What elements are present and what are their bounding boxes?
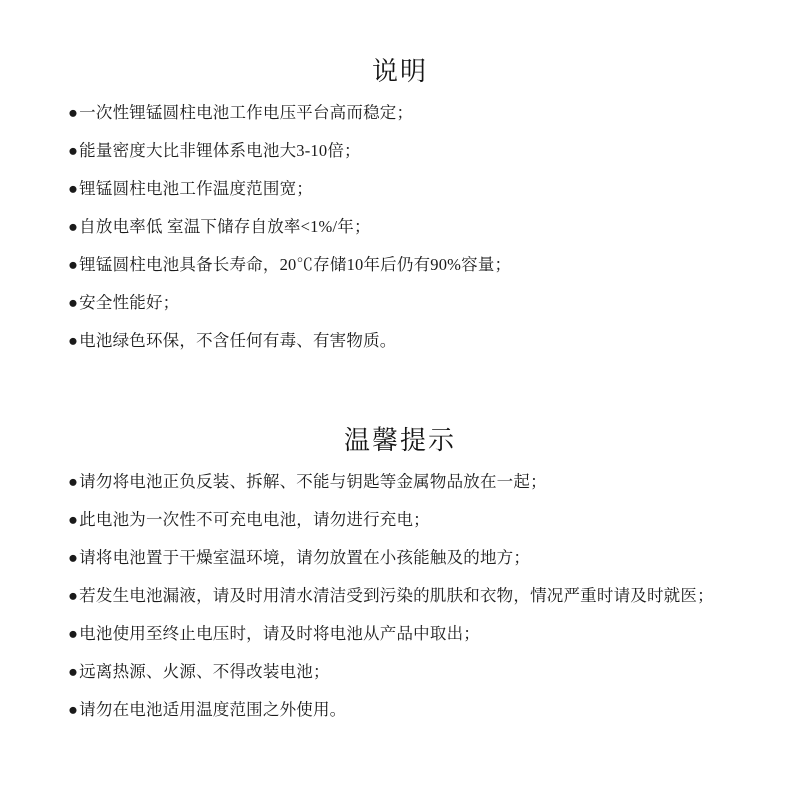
list-item-text: 一次性锂锰圆柱电池工作电压平台高而稳定； [79, 103, 413, 122]
list-item: ●此电池为一次性不可充电电池，请勿进行充电； [68, 501, 780, 539]
section-tips: 温馨提示 ●请勿将电池正负反装、拆解、不能与钥匙等金属物品放在一起； ●此电池为… [0, 426, 800, 729]
list-item-text: 电池使用至终止电压时，请及时将电池从产品中取出； [79, 624, 480, 643]
bullet-icon: ● [68, 501, 78, 539]
bullet-icon: ● [68, 463, 78, 501]
bullet-icon: ● [68, 208, 78, 246]
list-item-text: 锂锰圆柱电池具备长寿命，20℃存储10年后仍有90%容量； [79, 255, 511, 274]
bullet-icon: ● [68, 170, 78, 208]
bullet-icon: ● [68, 615, 78, 653]
bullet-icon: ● [68, 132, 78, 170]
list-item-text: 请勿将电池正负反装、拆解、不能与钥匙等金属物品放在一起； [79, 472, 547, 491]
list-item: ●自放电率低 室温下储存自放率<1%/年； [68, 208, 780, 246]
bullet-icon: ● [68, 322, 78, 360]
list-item-text: 请将电池置于干燥室温环境，请勿放置在小孩能触及的地方； [79, 548, 530, 567]
list-item: ●锂锰圆柱电池工作温度范围宽； [68, 170, 780, 208]
list-item: ●远离热源、火源、不得改装电池； [68, 653, 780, 691]
bullet-icon: ● [68, 539, 78, 577]
list-item-text: 此电池为一次性不可充电电池，请勿进行充电； [79, 510, 430, 529]
list-item-text: 能量密度大比非锂体系电池大3-10倍； [79, 141, 361, 160]
list-item: ●若发生电池漏液，请及时用清水清洁受到污染的肌肤和衣物，情况严重时请及时就医； [68, 577, 780, 615]
list-item-text: 安全性能好； [79, 293, 179, 312]
list-item: ●请勿将电池正负反装、拆解、不能与钥匙等金属物品放在一起； [68, 463, 780, 501]
list-item: ●电池使用至终止电压时，请及时将电池从产品中取出； [68, 615, 780, 653]
list-item-text: 自放电率低 室温下储存自放率<1%/年； [79, 217, 371, 236]
list-item: ●锂锰圆柱电池具备长寿命，20℃存储10年后仍有90%容量； [68, 246, 780, 284]
list-item: ●安全性能好； [68, 284, 780, 322]
tips-list: ●请勿将电池正负反装、拆解、不能与钥匙等金属物品放在一起； ●此电池为一次性不可… [0, 463, 800, 729]
list-item: ●能量密度大比非锂体系电池大3-10倍； [68, 132, 780, 170]
list-item-text: 若发生电池漏液，请及时用清水清洁受到污染的肌肤和衣物，情况严重时请及时就医； [79, 586, 714, 605]
bullet-icon: ● [68, 94, 78, 132]
list-item: ●电池绿色环保，不含任何有毒、有害物质。 [68, 322, 780, 360]
section-description: 说明 ●一次性锂锰圆柱电池工作电压平台高而稳定； ●能量密度大比非锂体系电池大3… [0, 57, 800, 360]
list-item: ●请勿在电池适用温度范围之外使用。 [68, 691, 780, 729]
bullet-icon: ● [68, 577, 78, 615]
document-page: 说明 ●一次性锂锰圆柱电池工作电压平台高而稳定； ●能量密度大比非锂体系电池大3… [0, 0, 800, 791]
list-item: ●请将电池置于干燥室温环境，请勿放置在小孩能触及的地方； [68, 539, 780, 577]
bullet-icon: ● [68, 691, 78, 729]
bullet-icon: ● [68, 653, 78, 691]
list-item: ●一次性锂锰圆柱电池工作电压平台高而稳定； [68, 94, 780, 132]
list-item-text: 电池绿色环保，不含任何有毒、有害物质。 [79, 331, 396, 350]
section-title-tips: 温馨提示 [0, 426, 800, 456]
list-item-text: 远离热源、火源、不得改装电池； [79, 662, 330, 681]
section-title-description: 说明 [0, 57, 800, 87]
bullet-icon: ● [68, 284, 78, 322]
description-list: ●一次性锂锰圆柱电池工作电压平台高而稳定； ●能量密度大比非锂体系电池大3-10… [0, 94, 800, 360]
bullet-icon: ● [68, 246, 78, 284]
list-item-text: 请勿在电池适用温度范围之外使用。 [79, 700, 346, 719]
list-item-text: 锂锰圆柱电池工作温度范围宽； [79, 179, 313, 198]
